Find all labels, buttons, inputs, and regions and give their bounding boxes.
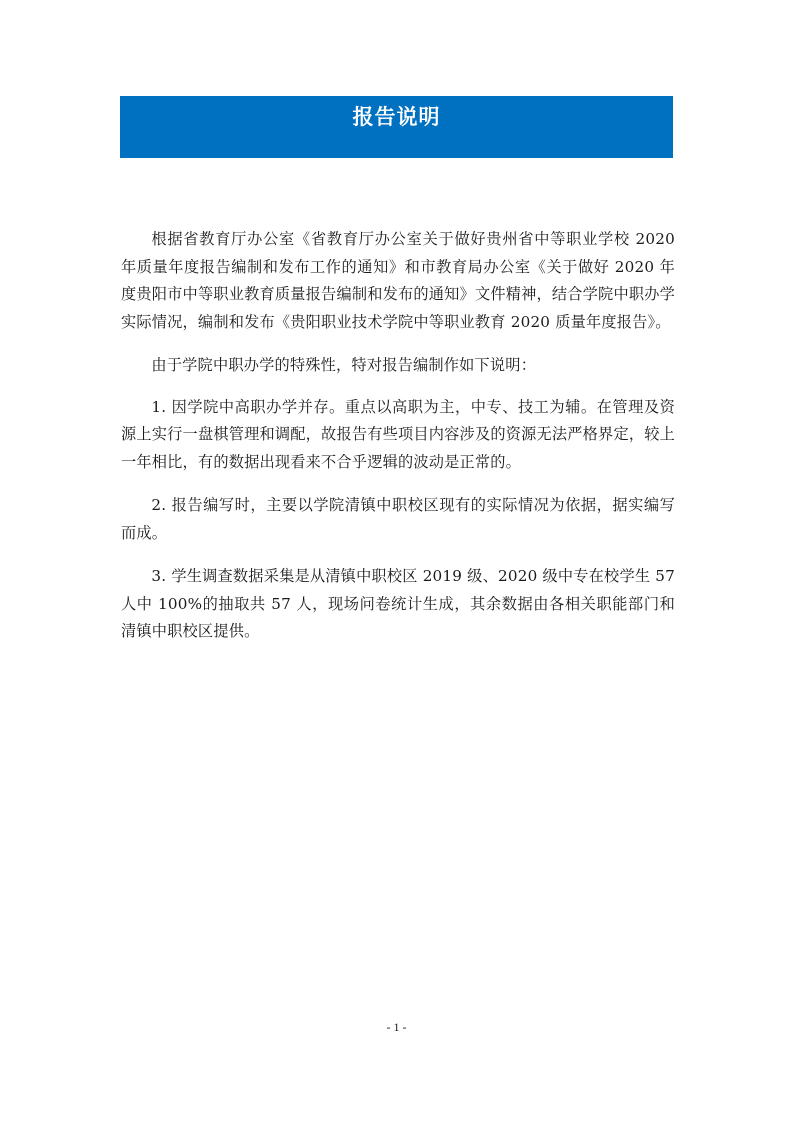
page-title: 报告说明	[353, 103, 441, 131]
paragraph-intro: 由于学院中职办学的特殊性，特对报告编制作如下说明：	[121, 352, 675, 380]
page-number: - 1 -	[0, 1020, 793, 1035]
document-body: 根据省教育厅办公室《省教育厅办公室关于做好贵州省中等职业学校 2020 年质量年…	[121, 226, 675, 662]
paragraph-item-1: 1. 因学院中高职办学并存。重点以高职为主，中专、技工为辅。在管理及资源上实行一…	[121, 394, 675, 477]
paragraph-item-2: 2. 报告编写时，主要以学院清镇中职校区现有的实际情况为依据，据实编写而成。	[121, 492, 675, 547]
paragraph-background: 根据省教育厅办公室《省教育厅办公室关于做好贵州省中等职业学校 2020 年质量年…	[121, 226, 675, 336]
paragraph-item-3: 3. 学生调查数据采集是从清镇中职校区 2019 级、2020 级中专在校学生 …	[121, 563, 675, 646]
title-banner: 报告说明	[120, 96, 673, 158]
